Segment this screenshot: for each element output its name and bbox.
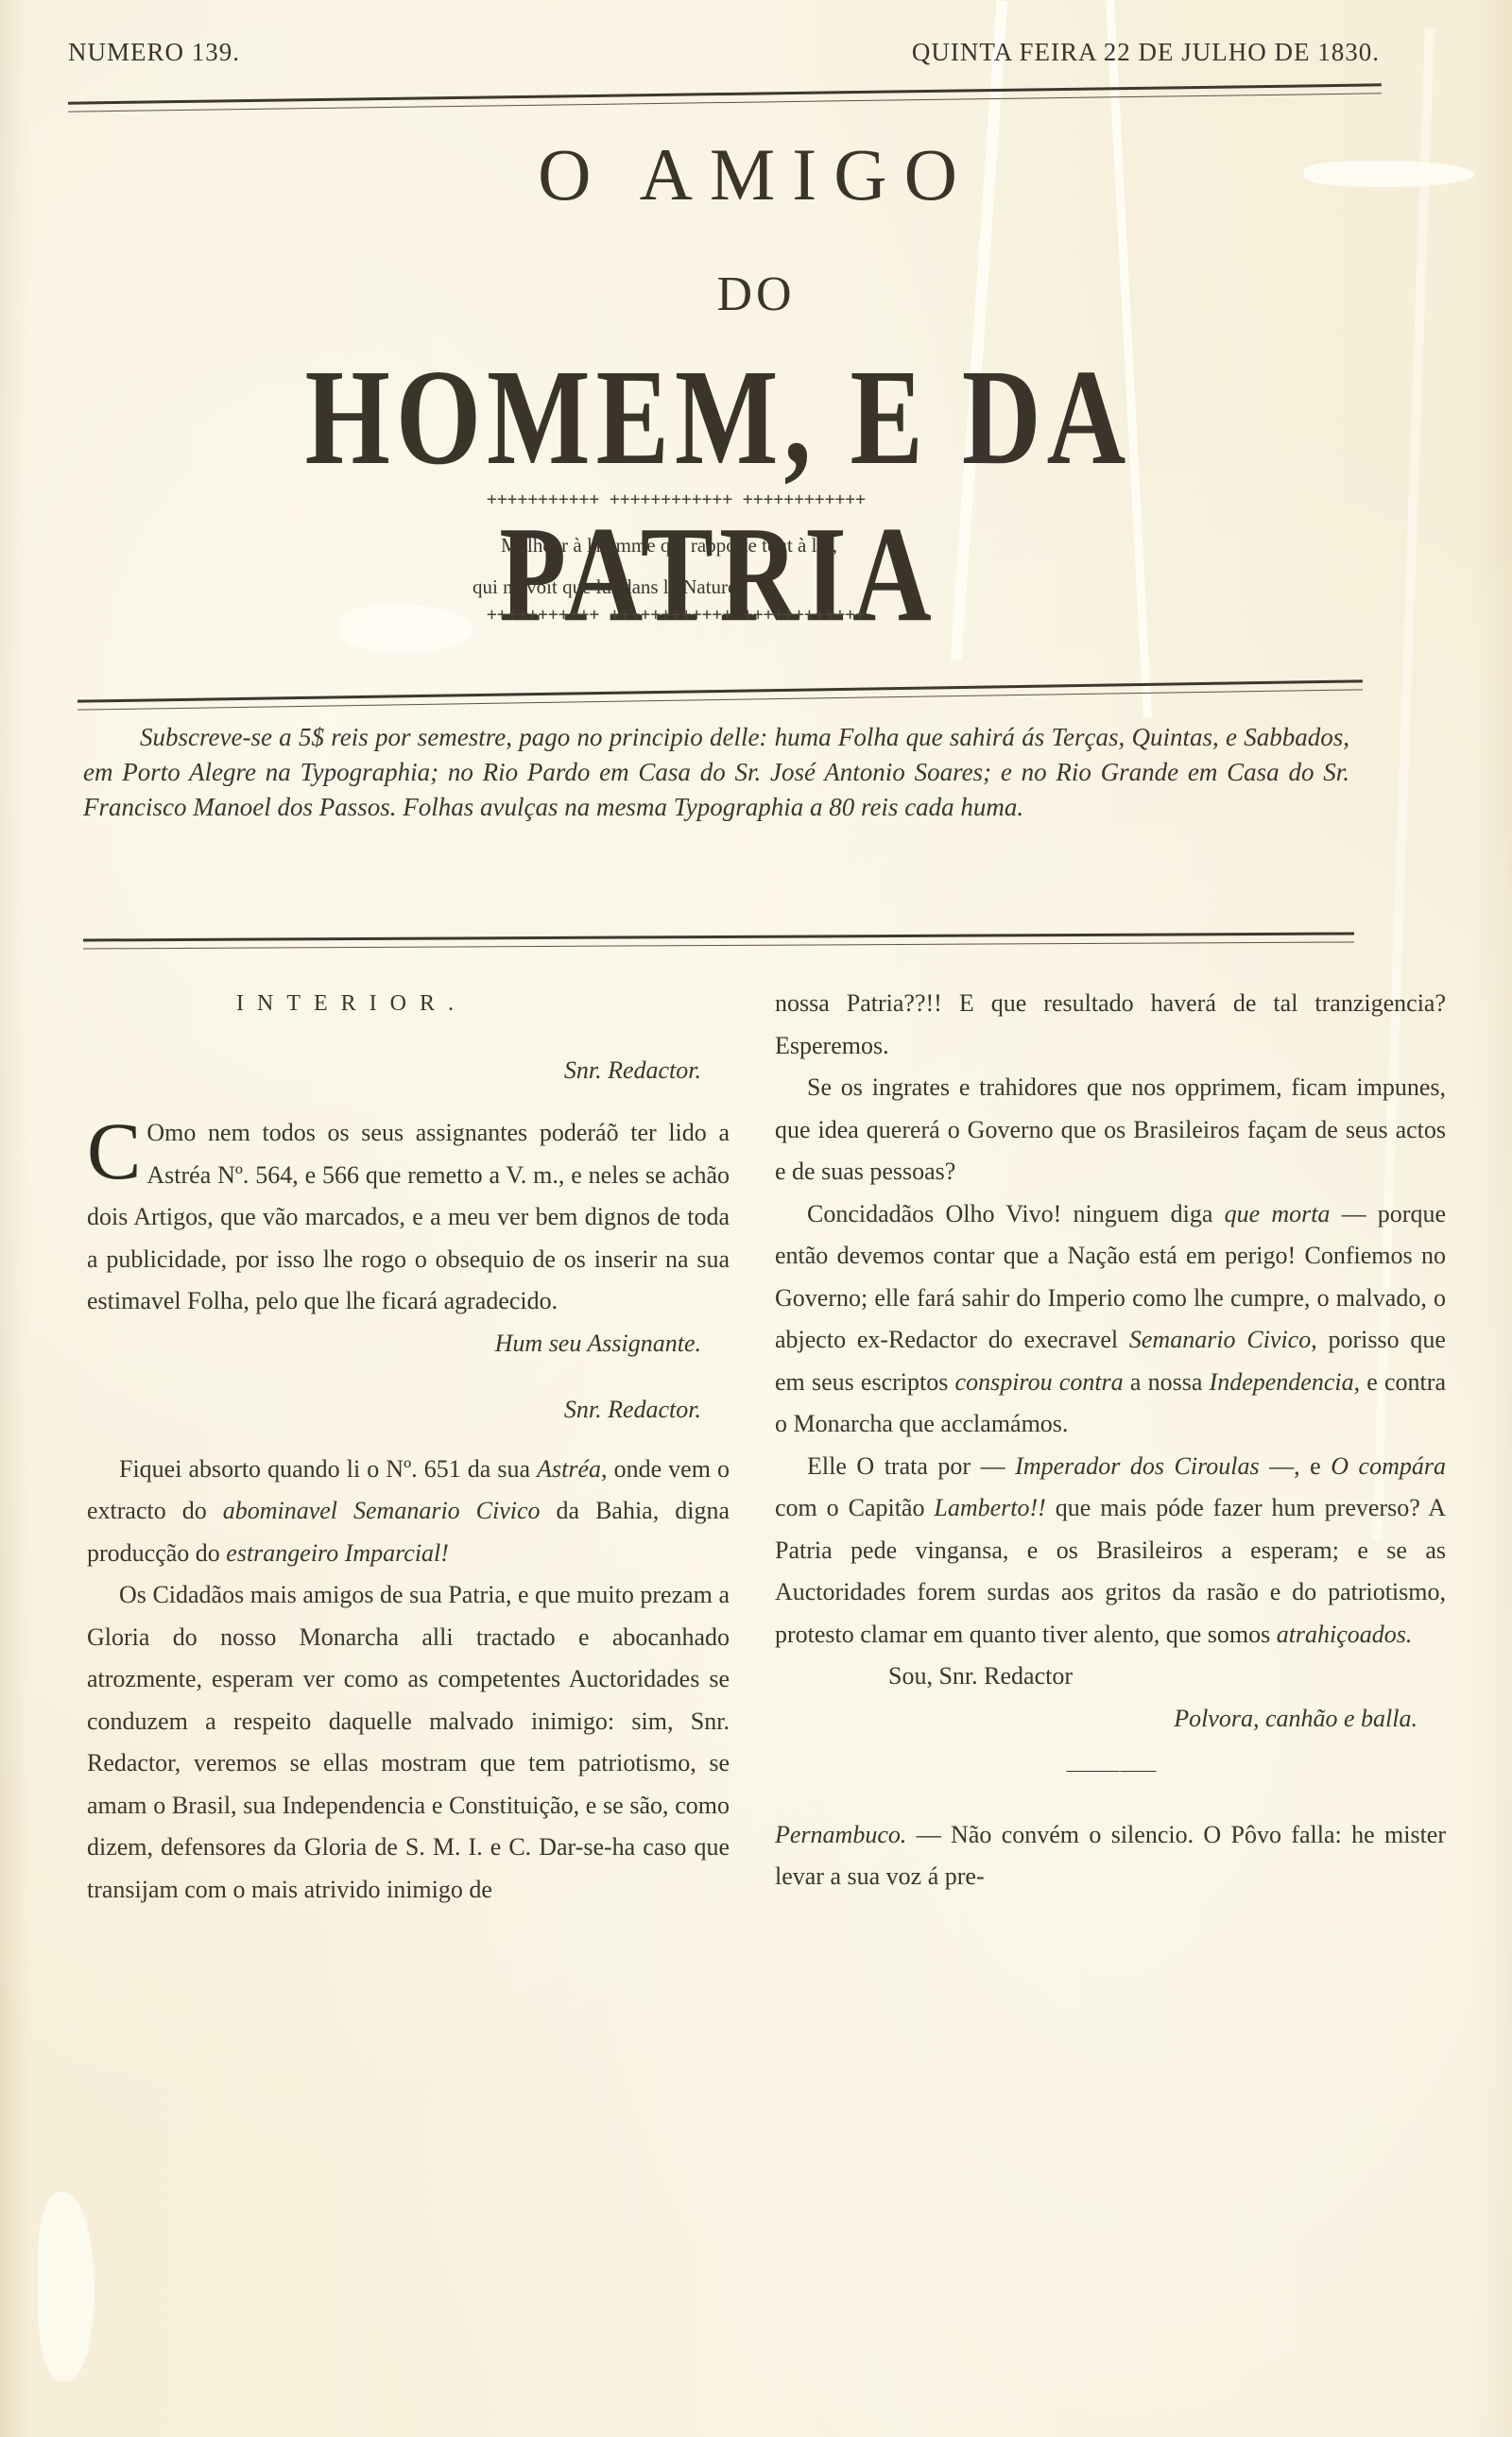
letter-paragraph: Elle O trata por — Imperador dos Ciroula… (775, 1446, 1446, 1656)
ornament-rule-top: +++++++++++ ++++++++++++ ++++++++++++ (487, 489, 988, 508)
text-run: com o Capitão (775, 1494, 934, 1521)
letter-paragraph: nossa Patria??!! E que resultado haverá … (775, 983, 1446, 1067)
text-run: a nossa (1124, 1368, 1210, 1396)
subscription-text: Subscreve-se a 5$ reis por semestre, pag… (83, 723, 1349, 821)
italic-run: estrangeiro Imparcial! (226, 1539, 449, 1567)
article-column-right: nossa Patria??!! E que resultado haverá … (775, 983, 1446, 1898)
italic-run: Semanario Civico (1129, 1326, 1311, 1353)
italic-run: atrahiçoados. (1277, 1621, 1413, 1648)
news-paragraph: Pernambuco. — Não convém o silencio. O P… (775, 1814, 1446, 1898)
italic-run: O compára (1331, 1452, 1446, 1480)
article-column-left: INTERIOR. Snr. Redactor. COmo nem todos … (87, 983, 730, 1911)
letter-paragraph: COmo nem todos os seus assignantes poder… (87, 1112, 730, 1323)
italic-run: Imperador dos Ciroulas (1015, 1452, 1259, 1480)
italic-run: Pernambuco. (775, 1821, 906, 1848)
letter-paragraph: Se os ingrates e trahidores que nos oppr… (775, 1067, 1446, 1193)
letter-paragraph: Concidadãos Olho Vivo! ninguem diga que … (775, 1193, 1446, 1446)
drop-cap: C (87, 1118, 141, 1184)
text-run: Fiquei absorto quando li o Nº. 651 da su… (119, 1455, 537, 1483)
newspaper-title-line2: DO (0, 266, 1512, 322)
section-heading: INTERIOR. (87, 983, 730, 1025)
italic-run: Independencia (1210, 1368, 1354, 1396)
italic-run: Astréa (537, 1455, 601, 1483)
letter-paragraph: Os Cidadãos mais amigos de sua Patria, e… (87, 1574, 730, 1911)
closing-line: Sou, Snr. Redactor (775, 1656, 1446, 1698)
section-separator: ——— —— (775, 1749, 1446, 1792)
text-run: Elle O trata por — (807, 1452, 1015, 1480)
masthead-header: NUMERO 139. QUINTA FEIRA 22 DE JULHO DE … (68, 38, 1380, 85)
epigraph-line-1: Malheur à l'homme qui rapporte tout à lu… (472, 524, 1002, 566)
epigraph: Malheur à l'homme qui rapporte tout à lu… (472, 524, 1002, 608)
salutation: Snr. Redactor. (87, 1050, 730, 1092)
salutation: Snr. Redactor. (87, 1389, 730, 1432)
signature: Hum seu Assignante. (87, 1323, 730, 1365)
epigraph-line-2: qui ne voit que lui dans la Nature. (472, 575, 742, 598)
newspaper-page: NUMERO 139. QUINTA FEIRA 22 DE JULHO DE … (0, 0, 1512, 2437)
paper-tear (38, 2192, 94, 2381)
letter-text: Omo nem todos os seus assignantes poderá… (87, 1119, 730, 1314)
newspaper-title-line1: O AMIGO (0, 132, 1512, 217)
italic-run: conspirou contra (955, 1368, 1124, 1396)
text-run: Concidadãos Olho Vivo! ninguem diga (807, 1200, 1225, 1227)
double-rule-divider (83, 932, 1354, 949)
letter-paragraph: Fiquei absorto quando li o Nº. 651 da su… (87, 1449, 730, 1575)
italic-run: Lamberto!! (934, 1494, 1045, 1521)
italic-run: que morta (1225, 1200, 1331, 1227)
italic-run: abominavel Semanario Civico (223, 1497, 541, 1524)
text-run: —, e (1260, 1452, 1332, 1480)
ornament-rule-bottom: +++++++++++ ++++++++++++ ++++++++++++ (487, 605, 988, 624)
issue-date: QUINTA FEIRA 22 DE JULHO DE 1830. (912, 38, 1380, 67)
double-rule-divider (68, 83, 1382, 112)
subscription-notice: Subscreve-se a 5$ reis por semestre, pag… (83, 720, 1349, 825)
issue-number: NUMERO 139. (68, 38, 240, 67)
signature: Polvora, canhão e balla. (775, 1698, 1446, 1741)
double-rule-divider (77, 679, 1363, 710)
